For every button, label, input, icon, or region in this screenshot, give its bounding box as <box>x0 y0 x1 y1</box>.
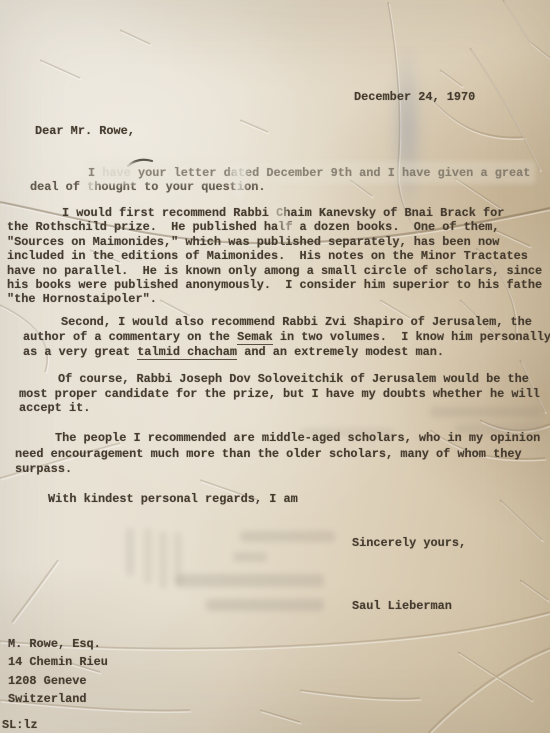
ink-fade-overlay <box>85 161 535 184</box>
signoff-line: Sincerely yours, <box>352 536 466 550</box>
body-text: as a very great <box>23 345 137 359</box>
typist-initials: SL:lz <box>2 718 38 732</box>
body-line: surpass. <box>15 462 540 478</box>
letter-date: December 24, 1970 <box>354 90 475 104</box>
body-line: accept it. <box>19 401 540 416</box>
body-line: Of course, Rabbi Joseph Dov Soloveitchik… <box>19 372 540 387</box>
bleedthrough-smudge <box>206 599 324 611</box>
ink-fade-overlay <box>281 219 292 236</box>
letter-photo: December 24, 1970 Dear Mr. Rowe, I have … <box>0 0 550 733</box>
body-line: Second, I would also recommend Rabbi Zvi… <box>23 315 550 330</box>
salutation: Dear Mr. Rowe, <box>35 124 135 138</box>
bleedthrough-smudge <box>176 574 324 587</box>
bleedthrough-smudge <box>233 552 267 562</box>
bleedthrough-smudge <box>126 528 134 576</box>
underlined-term: Semak <box>237 330 273 345</box>
bleedthrough-smudge <box>240 531 335 542</box>
body-line: most proper candidate for the prize, but… <box>19 387 540 402</box>
signature-name: Saul Lieberman <box>352 599 452 613</box>
recipient-address: M. Rowe, Esq. 14 Chemin Rieu 1208 Geneve… <box>8 635 108 708</box>
bleedthrough-smudge <box>174 532 182 586</box>
body-line: need encouragement much more than the ol… <box>15 447 540 463</box>
body-line: The people I recommended are middle-aged… <box>15 431 540 447</box>
address-line: 14 Chemin Rieu <box>8 653 108 671</box>
body-line: have no parallel. He is known only among… <box>7 264 542 278</box>
bleedthrough-smudge <box>159 531 167 589</box>
body-line: as a very great talmid chacham and an ex… <box>23 345 550 360</box>
paragraph-4: Of course, Rabbi Joseph Dov Soloveitchik… <box>19 372 540 416</box>
body-line: included in the editions of Maimonides. … <box>7 249 542 263</box>
paper-crease-overlay <box>0 0 550 733</box>
body-line: author of a commentary on the Semak in t… <box>23 330 550 345</box>
paragraph-3: Second, I would also recommend Rabbi Zvi… <box>23 315 550 360</box>
body-line: the Rothschild prize. He published half … <box>7 220 542 234</box>
body-line: "the Hornostaipoler". <box>7 292 542 306</box>
body-text: and an extremely modest man. <box>237 345 444 359</box>
address-line: M. Rowe, Esq. <box>8 635 108 653</box>
bleedthrough-smudge <box>144 528 152 584</box>
body-line: his books were published anonymously. I … <box>7 278 542 292</box>
address-line: Switzerland <box>8 690 108 708</box>
body-line: "Sources on Maimonides," which was publi… <box>7 235 542 249</box>
body-text: in two volumes. I know him personally <box>273 330 550 344</box>
underlined-term: talmid chacham <box>137 345 237 360</box>
body-text: author of a commentary on the <box>23 330 237 344</box>
paragraph-5: The people I recommended are middle-aged… <box>15 431 540 478</box>
address-line: 1208 Geneve <box>8 672 108 690</box>
closing-line: With kindest personal regards, I am <box>48 492 298 506</box>
